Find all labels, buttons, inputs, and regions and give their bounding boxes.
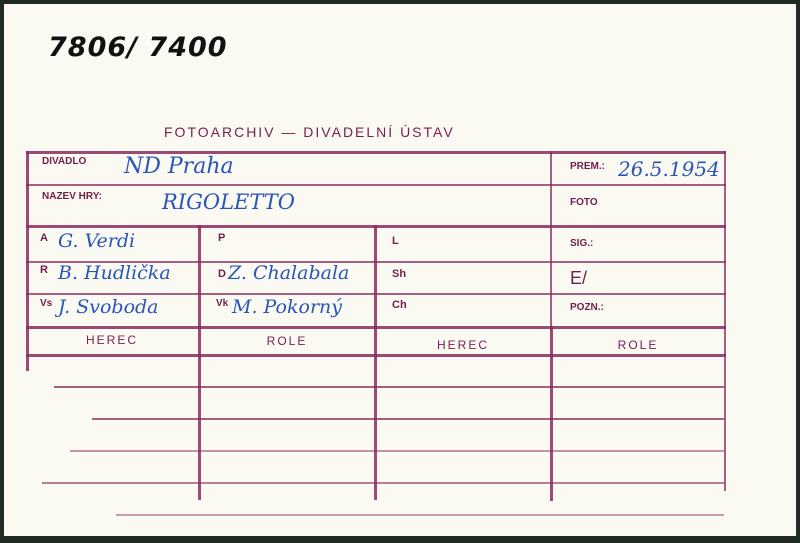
prem-value: 26.5.1954 xyxy=(618,157,720,181)
divider-credits-col1 xyxy=(198,225,201,500)
prem-label: PREM.: xyxy=(570,161,605,172)
divadlo-label: DIVADLO xyxy=(42,156,86,167)
divider-row-r xyxy=(26,293,726,295)
divider-cast-col3 xyxy=(550,326,553,501)
credit-p-label: P xyxy=(218,232,225,244)
credit-vk-label: Vk xyxy=(216,298,228,309)
divadlo-value: ND Praha xyxy=(124,154,234,179)
sig-label: SIG.: xyxy=(570,238,593,249)
cast-row-line-3 xyxy=(70,450,724,452)
credit-a-label: A xyxy=(40,232,48,244)
e-label: E/ xyxy=(570,268,587,289)
divider-divadlo xyxy=(26,184,726,186)
credit-l-label: L xyxy=(392,235,399,247)
cast-header-role-1: ROLE xyxy=(200,334,374,348)
cast-row-line-1 xyxy=(54,386,724,388)
nazev-hry-value: RIGOLETTO xyxy=(162,190,295,214)
cast-header-role-2: ROLE xyxy=(552,338,724,352)
cast-row-line-2 xyxy=(92,418,724,420)
cast-row-line-4 xyxy=(42,482,724,484)
archive-number: 7806/ 7400 xyxy=(48,32,228,63)
credit-d-label: D xyxy=(218,268,226,280)
card-title: FOTOARCHIV — DIVADELNÍ ÚSTAV xyxy=(164,124,455,140)
credit-vs-label: Vs xyxy=(40,298,52,309)
cast-row-line-5 xyxy=(116,514,724,516)
divider-prem-column xyxy=(550,151,552,331)
credit-ch-label: Ch xyxy=(392,299,407,311)
divider-row-vs xyxy=(26,326,726,329)
credit-vs-value: J. Svoboda xyxy=(58,296,159,318)
divider-credits-col2 xyxy=(374,225,377,500)
cast-header-herec-2: HEREC xyxy=(376,338,550,352)
frame-right xyxy=(724,151,726,491)
pozn-label: POZN.: xyxy=(570,302,604,313)
credit-sh-label: Sh xyxy=(392,268,406,280)
nazev-hry-label: NAZEV HRY: xyxy=(42,191,102,202)
credit-a-value: G. Verdi xyxy=(58,230,135,252)
credit-r-value: B. Hudlička xyxy=(58,262,171,284)
credit-d-value: Z. Chalabala xyxy=(228,262,349,284)
archive-card: 7806/ 7400 FOTOARCHIV — DIVADELNÍ ÚSTAV … xyxy=(4,4,798,536)
credit-vk-value: M. Pokorný xyxy=(232,296,342,318)
divider-cast-header xyxy=(26,354,726,357)
cast-header-herec-1: HEREC xyxy=(26,333,198,347)
foto-label: FOTO xyxy=(570,197,598,208)
credit-r-label: R xyxy=(40,264,48,276)
